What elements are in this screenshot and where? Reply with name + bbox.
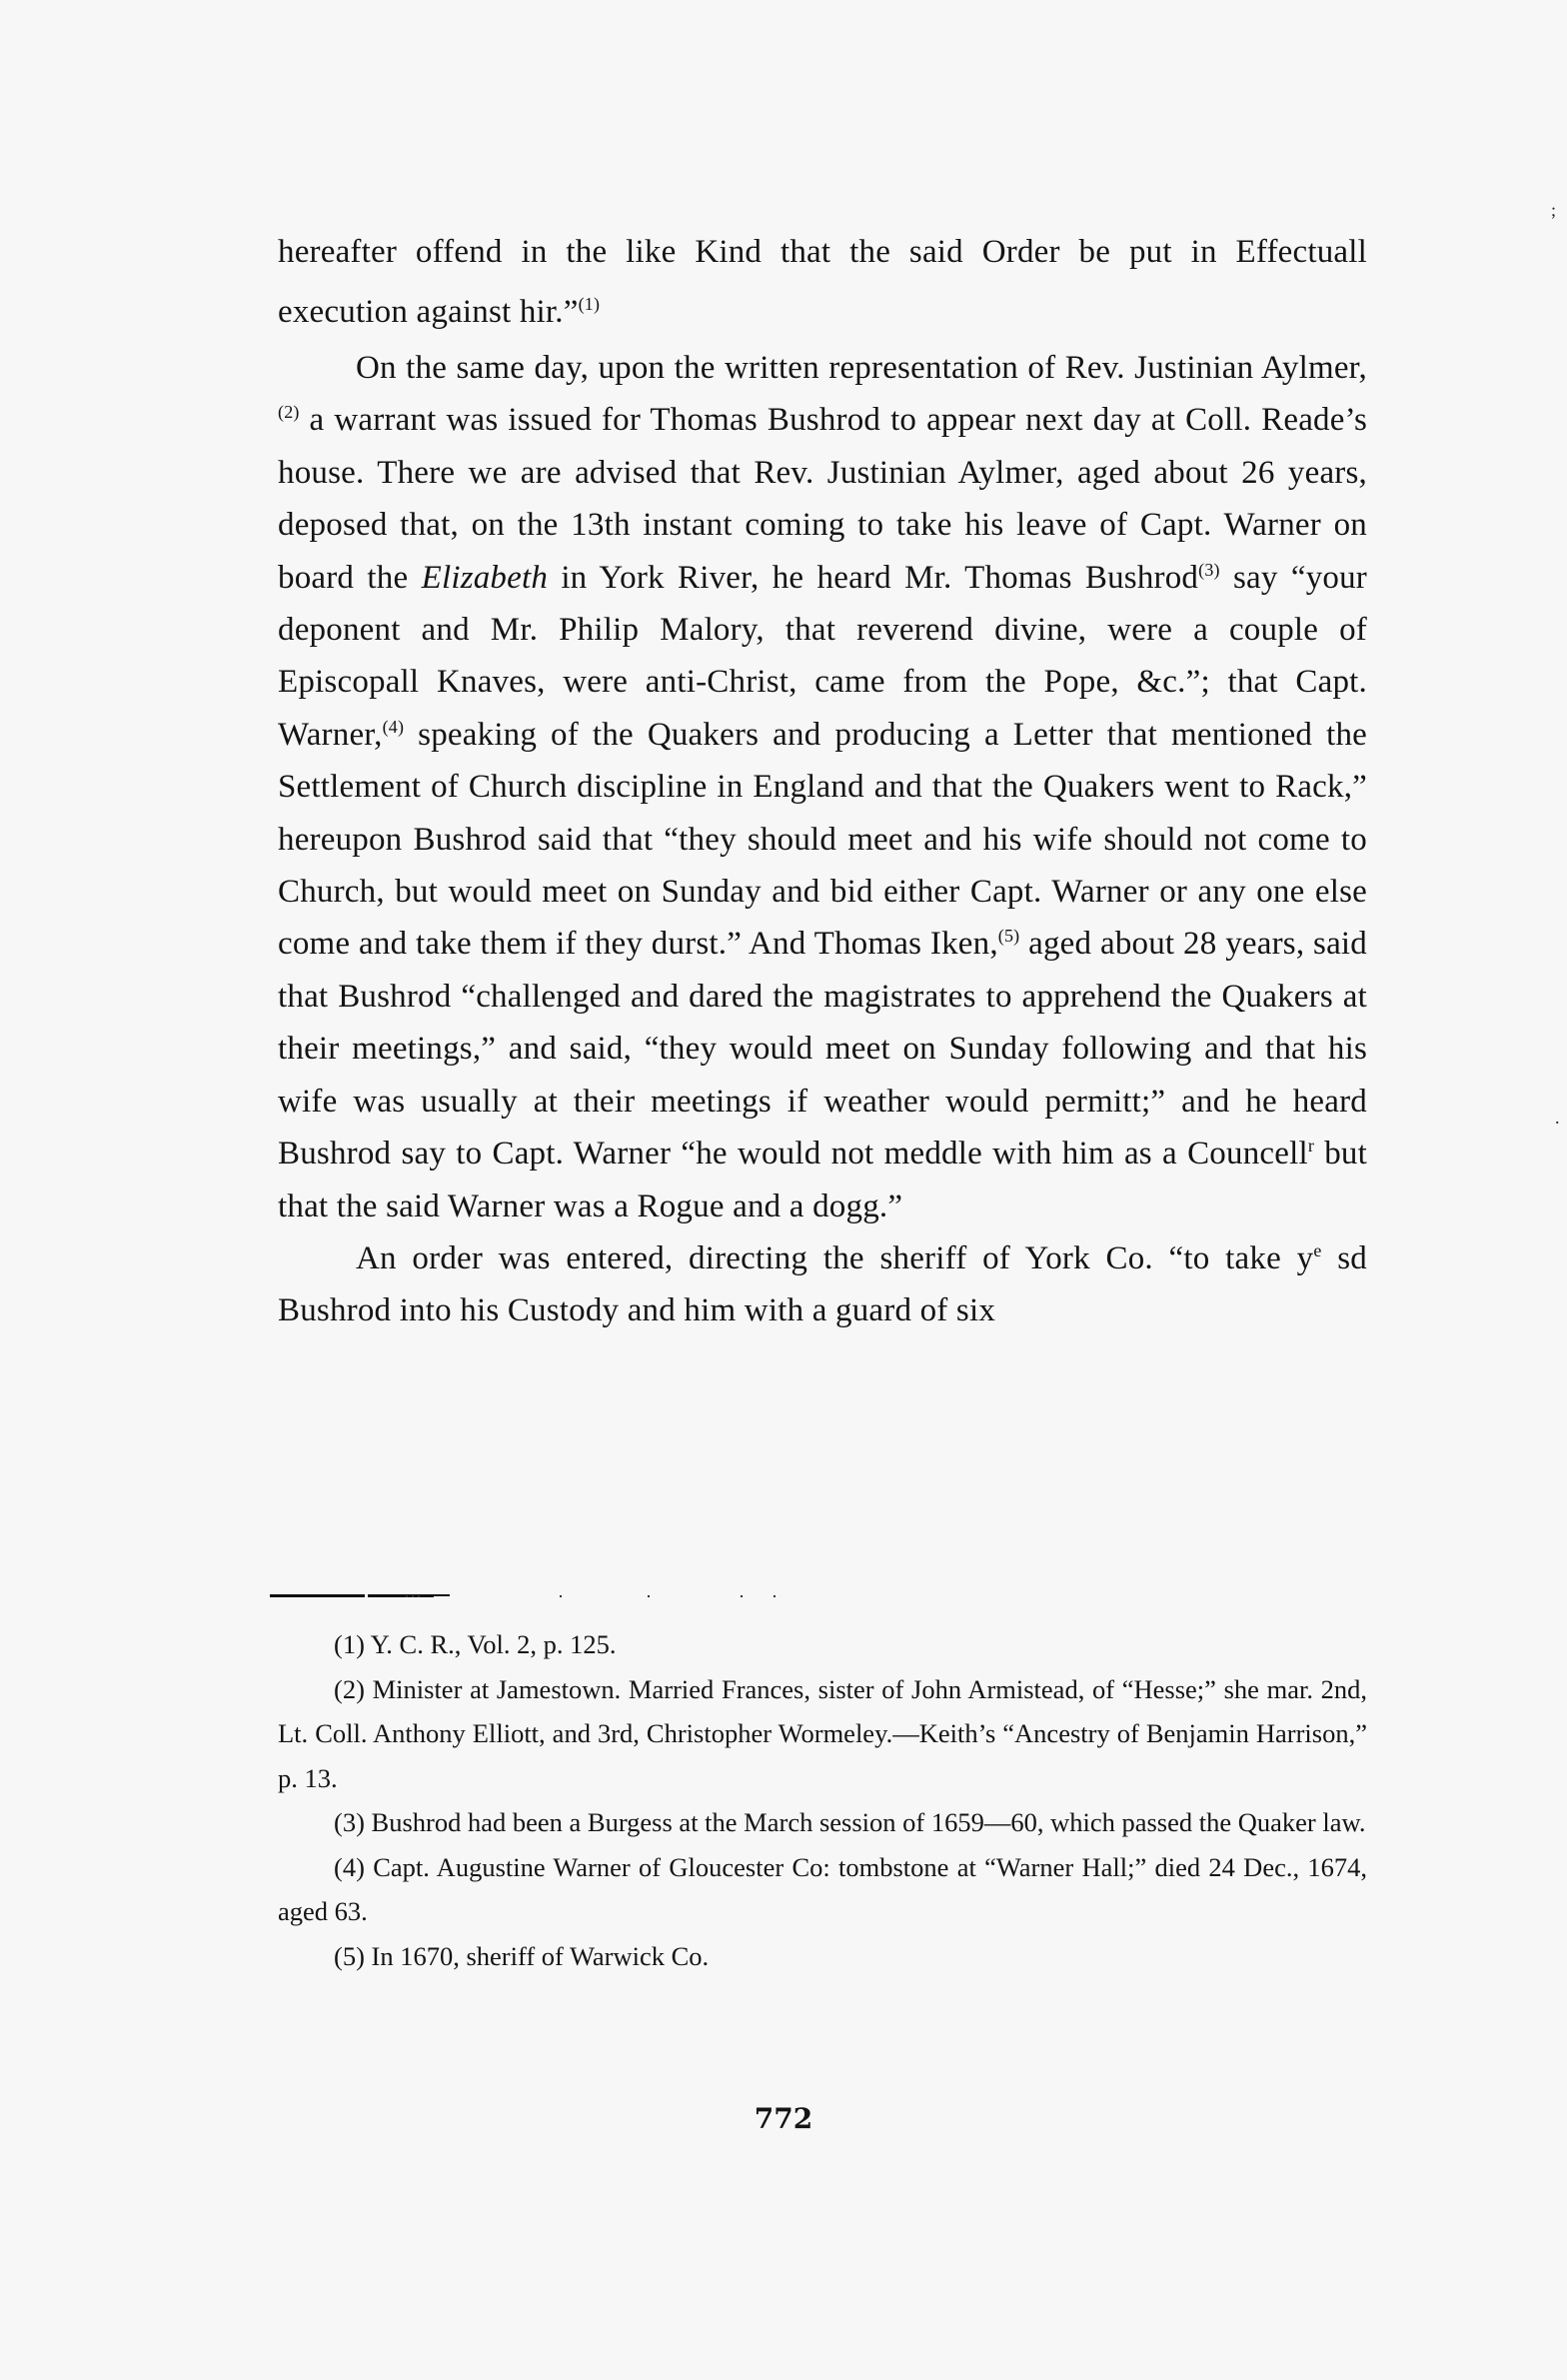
separator-dot [741,1595,743,1597]
footnote-ref-5: (5) [998,926,1020,946]
separator-dot [418,1595,420,1597]
footnote-text: Capt. Augustine Warner of Gloucester Co:… [278,1852,1367,1927]
stray-mark: ; [1551,200,1556,221]
separator-segment [270,1594,315,1597]
footnote-ref-2: (2) [278,402,300,422]
document-page: hereafter offend in the like Kind that t… [278,222,1367,1337]
separator-segment [429,1594,450,1596]
separator-dot [412,1595,414,1597]
footnote-label: (4) [334,1852,365,1882]
paragraph-1-text: hereafter offend in the like Kind that t… [278,234,1367,330]
footnote-text: Y. C. R., Vol. 2, p. 125. [371,1629,617,1659]
superscript-e: e [1313,1240,1321,1260]
separator-dot [406,1595,408,1597]
footnote-2: (2) Minister at Jamestown. Married Franc… [278,1667,1367,1801]
ship-name: Elizabeth [422,560,548,596]
footnotes: (1) Y. C. R., Vol. 2, p. 125. (2) Minist… [278,1622,1367,1978]
footnote-3: (3) Bushrod had been a Burgess at the Ma… [278,1800,1367,1845]
footnote-4: (4) Capt. Augustine Warner of Gloucester… [278,1845,1367,1934]
page-number: 772 [0,2102,1567,2135]
paragraph-3-text-a: An order was entered, directing the sher… [356,1240,1313,1276]
paragraph-2-text-f: aged about 28 years, said that Bushrod “… [278,926,1367,1172]
separator-dot [774,1595,776,1597]
footnote-ref-1: (1) [579,294,601,314]
footnote-text: Bushrod had been a Burgess at the March … [372,1807,1366,1837]
footnote-label: (3) [334,1807,365,1837]
footnote-5: (5) In 1670, sheriff of Warwick Co. [278,1934,1367,1979]
stray-mark: . [1555,1108,1560,1129]
paragraph-2-text-a: On the same day, upon the written repres… [356,350,1367,386]
footnote-separator [268,1594,1567,1600]
footnote-1: (1) Y. C. R., Vol. 2, p. 125. [278,1622,1367,1667]
body-text: hereafter offend in the like Kind that t… [278,222,1367,1337]
footnote-ref-3: (3) [1198,560,1220,580]
footnote-label: (1) [334,1629,365,1659]
footnote-text: Minister at Jamestown. Married Frances, … [278,1674,1367,1793]
paragraph-1: hereafter offend in the like Kind that t… [278,222,1367,342]
footnote-text: In 1670, sheriff of Warwick Co. [372,1941,710,1971]
paragraph-2: On the same day, upon the written repres… [278,342,1367,1232]
paragraph-2-text-c: in York River, he heard Mr. Thomas Bushr… [548,560,1198,596]
separator-segment [368,1594,434,1597]
separator-dot [648,1595,650,1597]
separator-segment [315,1594,365,1597]
paragraph-3: An order was entered, directing the sher… [278,1232,1367,1337]
footnote-label: (2) [334,1674,365,1704]
footnote-label: (5) [334,1941,365,1971]
footnote-ref-4: (4) [383,717,405,737]
separator-dot [560,1595,562,1597]
